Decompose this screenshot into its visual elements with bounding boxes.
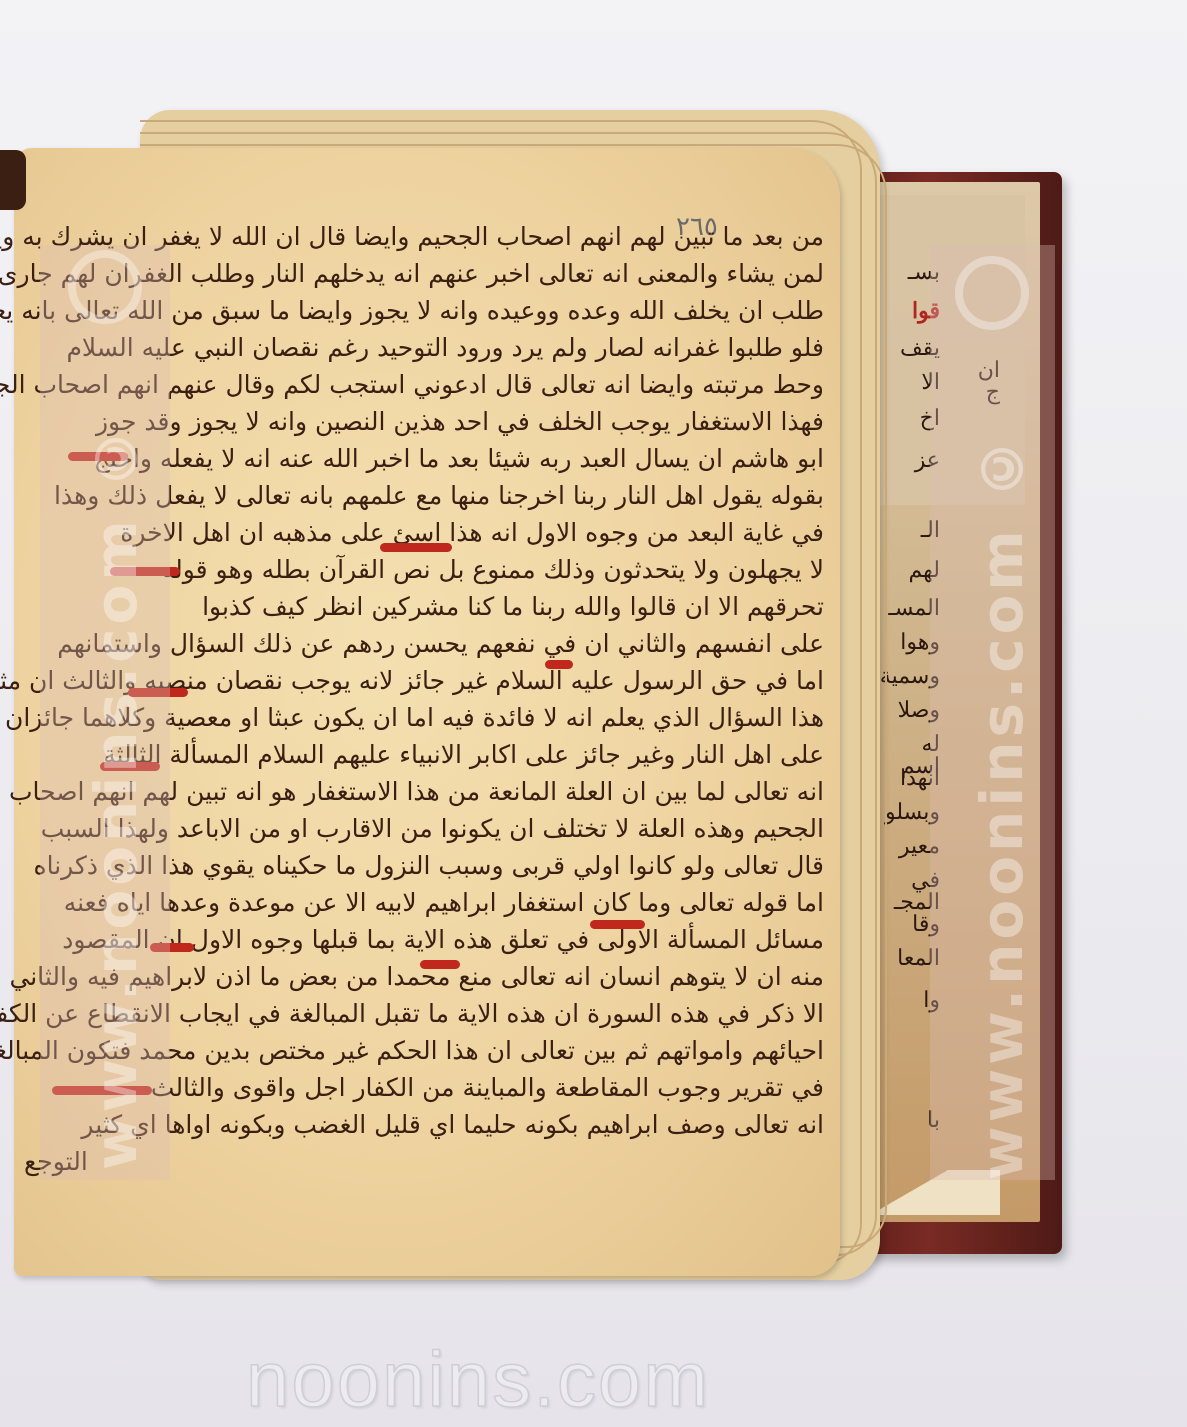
text-line: لا يجهلون ولا يتحدثون وذلك ممنوع بل نص ا…	[162, 555, 824, 584]
copyright-icon	[955, 256, 1029, 330]
text-line: انه تعالى وصف ابراهيم بكونه حليما اي قلي…	[81, 1110, 824, 1139]
copyright-icon	[68, 250, 142, 324]
text-line: فلو طلبوا غفرانه لصار ولم يرد ورود التوح…	[66, 333, 824, 362]
text-line: ابو هاشم ان يسال العبد ربه شيئا بعد ما ا…	[94, 444, 824, 473]
rubric-mark	[420, 960, 460, 969]
text-line: في تقرير وجوب المقاطعة والمباينة من الكف…	[151, 1073, 824, 1102]
text-line: اما قوله تعالى وما كان استغفار ابراهيم ل…	[64, 888, 824, 917]
text-line: على اهل النار وغير جائز على اكابر الانبي…	[103, 740, 824, 769]
watermark-left: www.noonins.com ©	[82, 330, 150, 1170]
watermark-bottom: noonins.com	[246, 1334, 710, 1425]
text-line: في غاية البعد من وجوه الاول انه هذا اسئ …	[120, 518, 824, 547]
watermark-right: www.noonins.com ©	[968, 340, 1036, 1180]
text-line: على انفسهم والثاني ان في نفعهم يحسن ردهم…	[57, 629, 824, 658]
text-line: تحرقهم الا ان قالوا والله ربنا ما كنا مش…	[202, 592, 824, 621]
rubric-mark	[380, 543, 452, 552]
binding-thread	[0, 150, 26, 210]
rubric-mark	[590, 920, 645, 929]
rubric-mark	[545, 660, 573, 669]
text-line: فهذا الاستغفار يوجب الخلف في احد هذين ال…	[96, 407, 824, 436]
